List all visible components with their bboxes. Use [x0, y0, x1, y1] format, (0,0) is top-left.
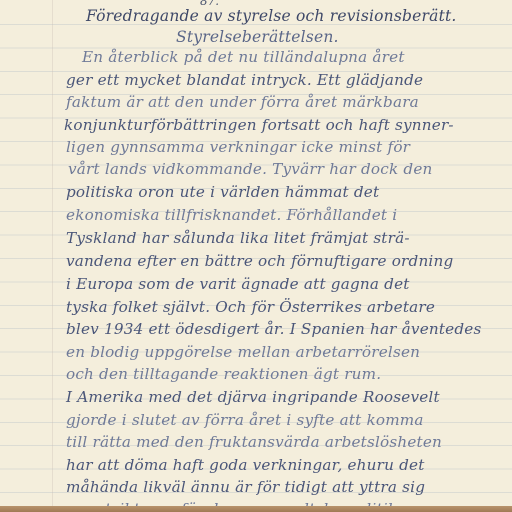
- text-line: om utsikterna för den rooseveltska polit…: [66, 499, 416, 506]
- book-edge: [0, 506, 512, 512]
- text-line: blev 1934 ett ödesdigert år. I Spanien h…: [66, 319, 481, 339]
- text-line: Tyskland har sålunda lika litet främjat …: [66, 228, 410, 248]
- text-line: har att döma haft goda verkningar, ehuru…: [66, 455, 425, 475]
- text-line: en blodig uppgörelse mellan arbetarrörel…: [66, 342, 420, 362]
- margin-line: [52, 0, 53, 506]
- text-line: gjorde i slutet av förra året i syfte at…: [66, 410, 424, 430]
- text-line: till rätta med den fruktansvärda arbetsl…: [66, 432, 442, 452]
- text-line: och den tilltagande reaktionen ägt rum.: [66, 364, 381, 384]
- text-line: ger ett mycket blandat intryck. Ett gläd…: [66, 70, 423, 90]
- text-line: ligen gynnsamma verkningar icke minst fö…: [66, 137, 410, 157]
- text-line: I Amerika med det djärva ingripande Roos…: [66, 387, 440, 407]
- document-subtitle: Styrelseberättelsen.: [176, 27, 339, 47]
- text-line: faktum är att den under förra året märkb…: [66, 92, 419, 112]
- text-line: En återblick på det nu tilländalupna åre…: [82, 47, 405, 67]
- text-line: politiska oron ute i världen hämmat det: [66, 182, 379, 202]
- notebook-page: 87. Föredragande av styrelse och revisio…: [0, 0, 512, 506]
- text-line: vandena efter en bättre och förnuftigare…: [66, 251, 453, 271]
- text-line: ekonomiska tillfrisknandet. Förhållandet…: [66, 205, 397, 225]
- text-line: vårt lands vidkommande. Tyvärr har dock …: [68, 159, 432, 179]
- text-line: tyska folket självt. Och för Österrikes …: [66, 297, 435, 317]
- text-line: måhända likväl ännu är för tidigt att yt…: [66, 477, 425, 497]
- document-title: Föredragande av styrelse och revisionsbe…: [86, 6, 457, 26]
- text-line: i Europa som de varit ägnade att gagna d…: [66, 274, 410, 294]
- text-line: konjunkturförbättringen fortsatt och haf…: [64, 115, 454, 135]
